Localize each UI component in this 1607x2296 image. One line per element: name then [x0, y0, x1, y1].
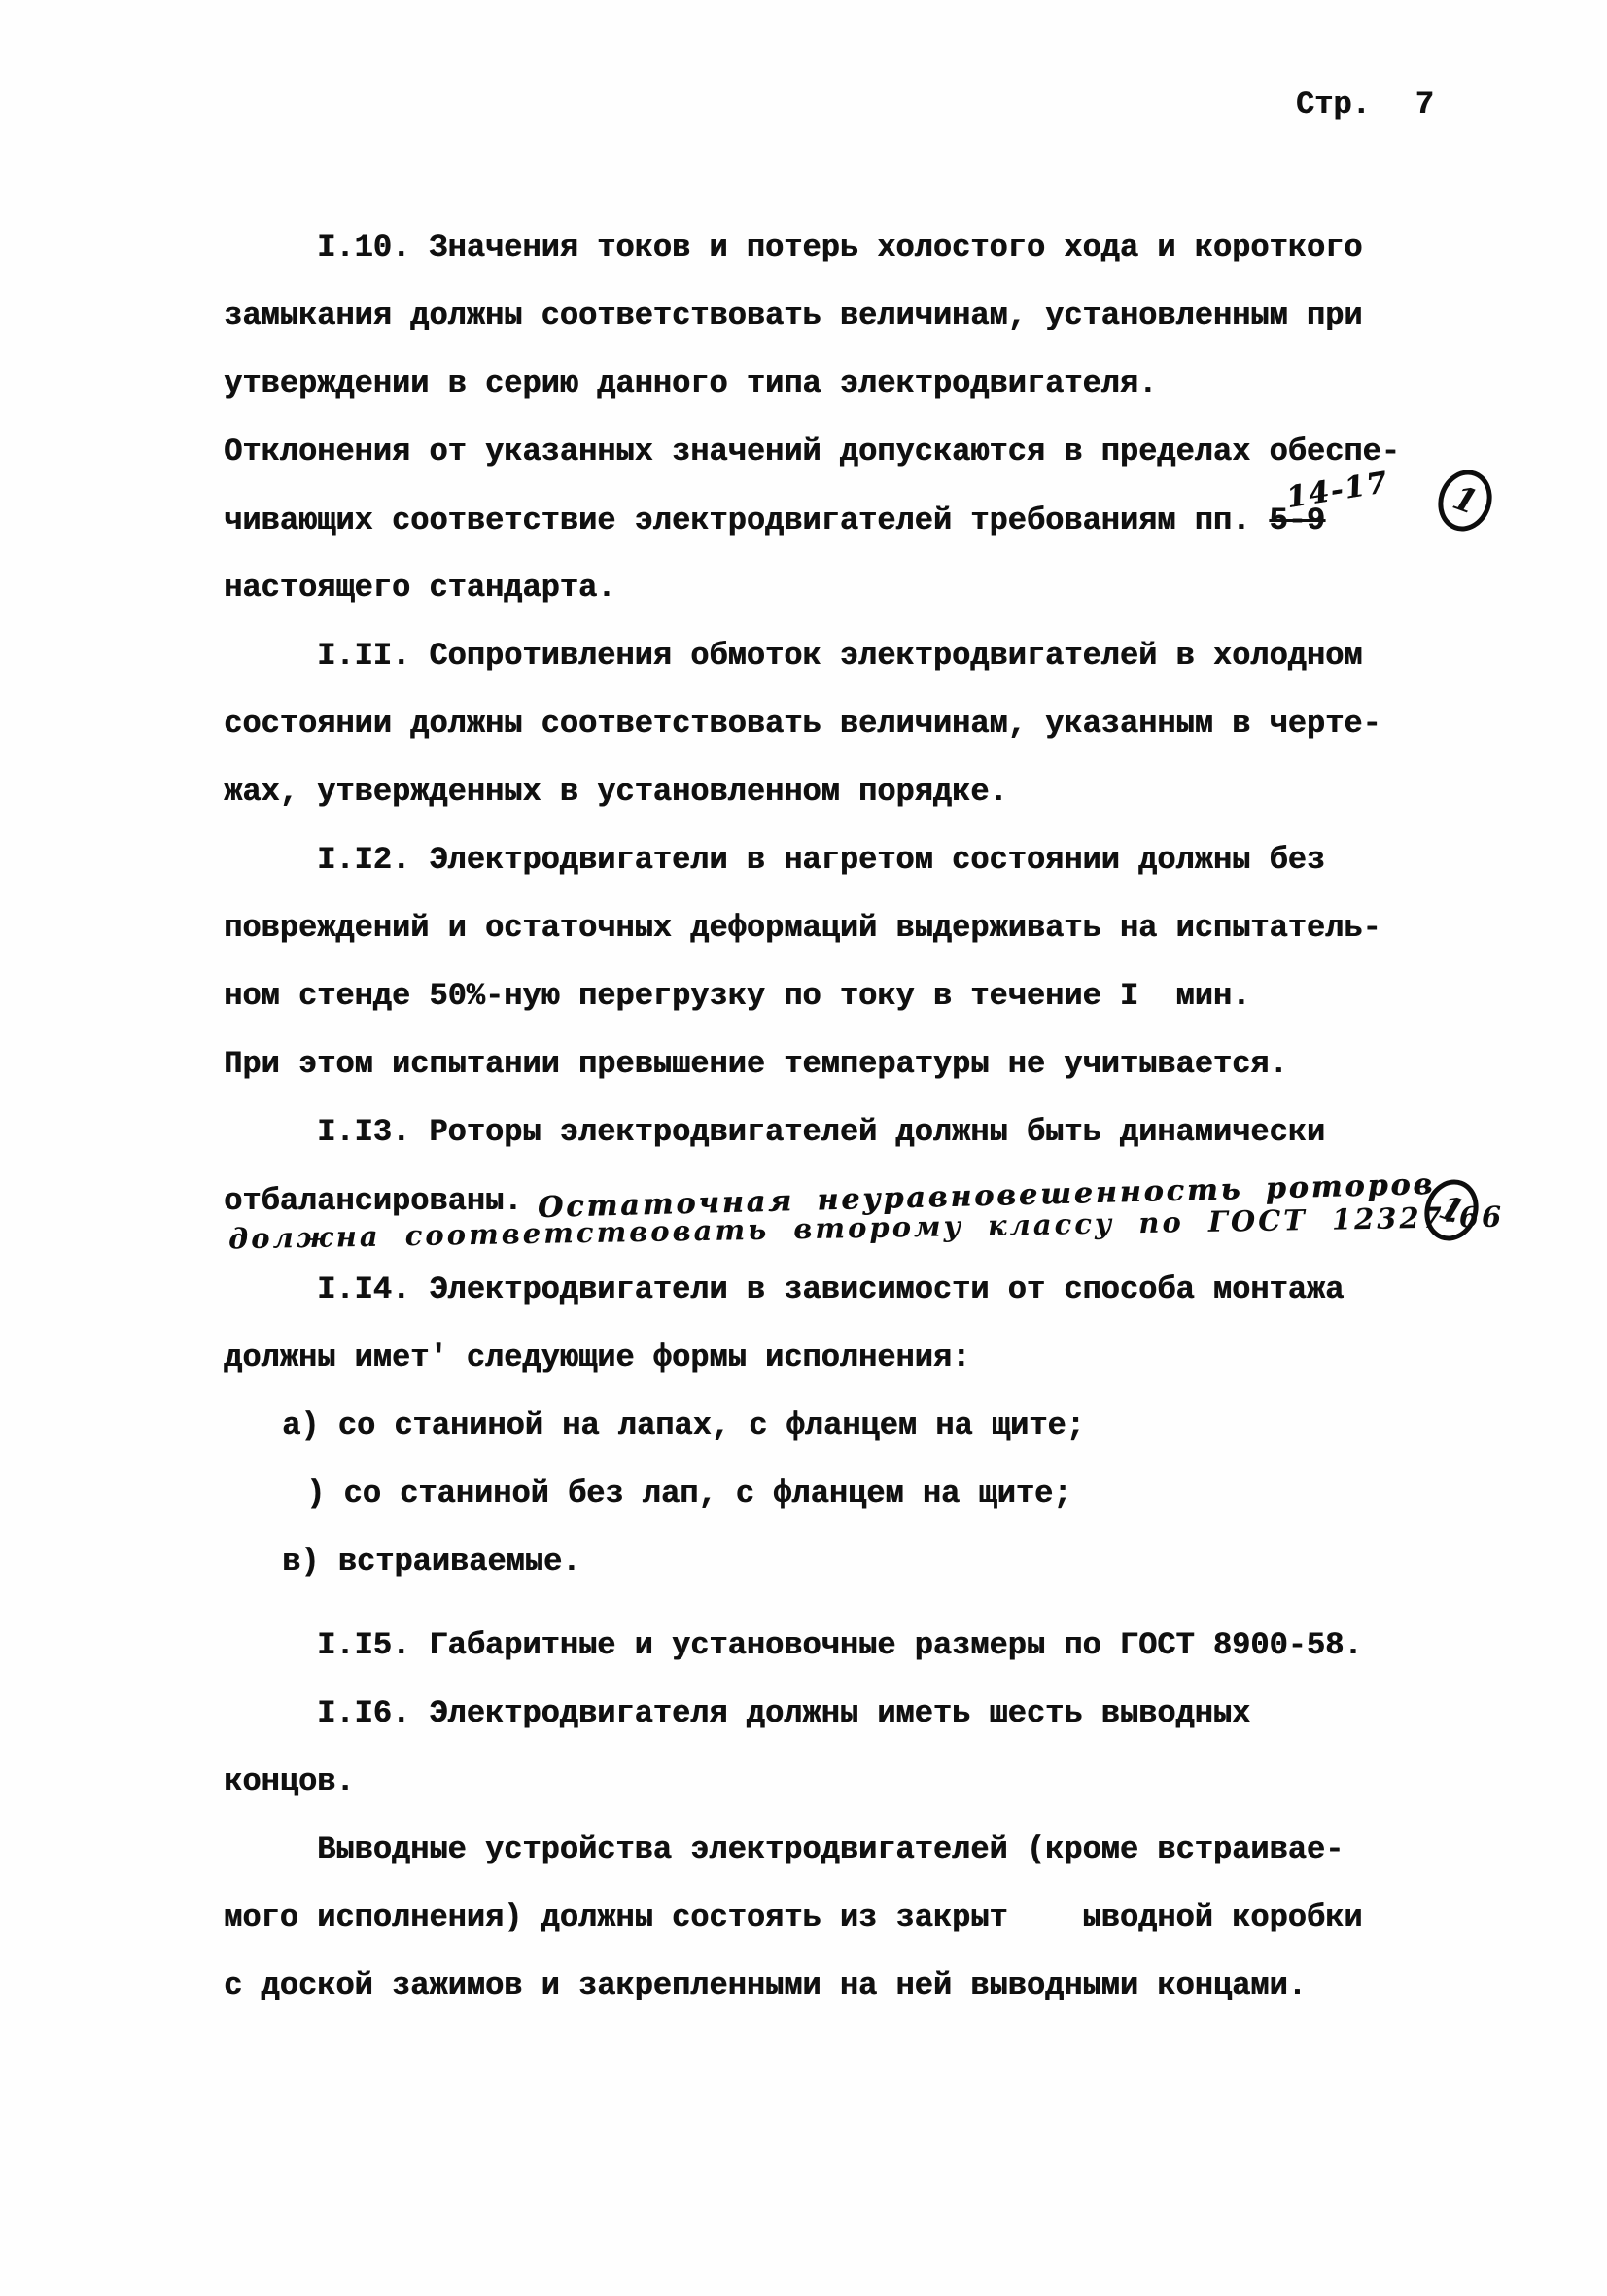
document-body: I.10. Значения токов и потерь холостого …	[224, 214, 1429, 2020]
paragraph-1-15: I.I5. Габаритные и установочные размеры …	[224, 1612, 1429, 1680]
text-segment: чивающих соответствие электродвигателей …	[224, 503, 1269, 539]
text-line: утверждении в серию данного типа электро…	[224, 350, 1429, 418]
text-line: При этом испытании превышение температур…	[224, 1030, 1429, 1098]
paragraph-1-11: I.II. Сопротивления обмоток электродвига…	[224, 622, 1429, 826]
text-line: I.I4. Электродвигатели в зависимости от …	[224, 1256, 1429, 1324]
text-line: с доской зажимов и закрепленными на ней …	[224, 1952, 1429, 2020]
text-line: I.10. Значения токов и потерь холостого …	[224, 214, 1429, 282]
list-item-v: в) встраиваемые.	[224, 1528, 1429, 1596]
text-line: Выводные устройства электродвигателей (к…	[224, 1816, 1429, 1884]
text-line: повреждений и остаточных деформаций выде…	[224, 894, 1429, 962]
paragraph-1-12: I.I2. Электродвигатели в нагретом состоя…	[224, 826, 1429, 1098]
handwritten-correction: 14-17	[1281, 449, 1394, 533]
revision-mark-circle-1: 1	[1430, 463, 1501, 539]
paragraph-1-14: I.I4. Электродвигатели в зависимости от …	[224, 1256, 1429, 1596]
text-segment: отбалансированы.	[224, 1183, 522, 1219]
text-line: жах, утвержденных в установленном порядк…	[224, 758, 1429, 826]
text-line: ном стенде 50%-ную перегрузку по току в …	[224, 962, 1429, 1030]
document-page: Стр.7 I.10. Значения токов и потерь холо…	[0, 0, 1607, 2296]
text-line: замыкания должны соответствовать величин…	[224, 282, 1429, 350]
text-line: I.II. Сопротивления обмоток электродвига…	[224, 622, 1429, 690]
text-line: Отклонения от указанных значений допуска…	[224, 418, 1429, 486]
text-line: I.I5. Габаритные и установочные размеры …	[224, 1612, 1429, 1680]
text-line: должны имет' следующие формы исполнения:	[224, 1324, 1429, 1392]
text-line: настоящего стандарта.	[224, 554, 1429, 622]
text-line: концов.	[224, 1748, 1429, 1816]
text-line: I.I2. Электродвигатели в нагретом состоя…	[224, 826, 1429, 894]
list-item-a: а) со станиной на лапах, с фланцем на щи…	[224, 1392, 1429, 1460]
page-number-label: Стр.	[1296, 87, 1371, 122]
text-line: состоянии должны соответствовать величин…	[224, 690, 1429, 758]
text-line: I.I6. Электродвигателя должны иметь шест…	[224, 1680, 1429, 1748]
page-number-value: 7	[1415, 87, 1434, 122]
text-line: мого исполнения) должны состоять из закр…	[224, 1884, 1429, 1952]
page-number: Стр.7	[1221, 51, 1434, 158]
text-line-with-correction: чивающих соответствие электродвигателей …	[224, 486, 1429, 554]
paragraph-1-10: I.10. Значения токов и потерь холостого …	[224, 214, 1429, 622]
list-item-b: ) со станиной без лап, с фланцем на щите…	[224, 1460, 1429, 1528]
paragraph-1-16: I.I6. Электродвигателя должны иметь шест…	[224, 1680, 1429, 2020]
